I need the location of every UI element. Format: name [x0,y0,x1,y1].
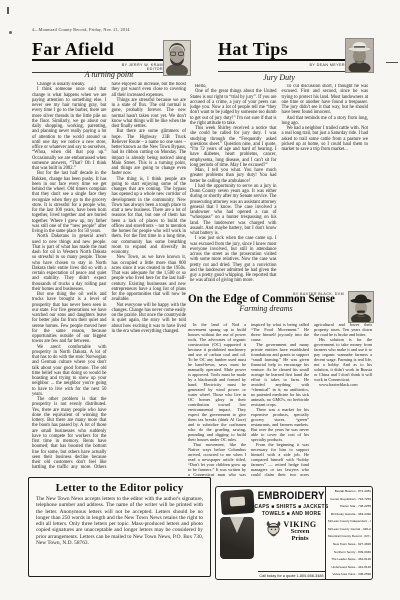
letter-policy-title: Letter to the Editor policy [36,482,203,494]
ad-brand-sub-2: Prints [283,536,316,543]
newspaper-listing: Mountrail County Record - 627-4871 [328,535,371,539]
hat-tips-title: Hat Tips [218,40,288,58]
newspaper-listing: McLean County Independent - 448-2253 [328,520,371,524]
newspaper-listing: Northern Sentry - 839-0946 [328,551,371,555]
paragraph: I think someone once said that change is… [32,87,107,171]
paragraph: North Dakotans in general aren't used to… [32,234,107,292]
hat-tips-byline-rule [218,71,345,72]
embroidery-ad: EMBROIDERY CAPS ■ SHIRTS ■ JACKETS TOWEL… [215,486,373,580]
common-sense-byline: BY BAXTER BLACK, DVM [293,292,344,296]
paragraph: There was a market for his expensive pro… [251,407,309,442]
paragraph: Not everyone will be happy with the chan… [112,303,187,335]
newspaper-listing: McLean County Journal - 448-2474 [328,528,371,532]
paragraph: We had a neighbor I trailed cattle with.… [282,126,369,152]
newspaper-listing: Beulah Beacon - 873-4381 [328,490,371,494]
paragraph: This week Shirley received a notice that… [190,126,277,168]
scan-mark [386,62,398,63]
ad-call-to-action: Call today for a quote 1-800-658-3485 [258,571,325,579]
paragraph: Things are stressful because we are in a… [112,98,187,130]
far-afield-columns: Change is usually sneaky.I think someone… [32,82,186,472]
far-afield-rule [32,59,163,61]
common-sense-columns: In the land of Nod a movement sprang up … [188,322,372,478]
letter-policy-body: The New Town News accepts letters to the… [36,496,203,546]
paragraph: The thing is, I think people are going t… [112,177,187,256]
ad-brand-text: VIKING Screen Prints [283,521,316,543]
paragraph: And that reminds me of a story from long… [282,116,369,127]
paragraph: To cut discussion short, I thought he wa… [282,84,369,116]
columnist-photo-baxter-black [348,291,374,323]
jacket-photo [220,517,254,559]
paragraph: One of the great things about the United… [190,89,277,126]
far-afield-title: Far Afield [32,40,114,58]
hat-tips-rule [218,59,345,61]
ad-heading: EMBROIDERY [258,490,325,502]
ad-brand-row: VIKING Screen Prints [266,520,316,543]
columnist-photo-dean-meyer [345,38,374,73]
paragraph: The government and many private entities… [251,342,309,407]
hat-tips-columns: Hello,One of the great things about the … [190,84,368,286]
ad-product-photos [216,487,258,579]
ad-text-area: EMBROIDERY CAPS ■ SHIRTS ■ JACKETS TOWEL… [258,487,325,579]
newspaper-listing: Center Republican - 794-7253 [328,498,371,502]
newspaper-listing: The Leader-News - 462-8126 [328,558,371,562]
paragraph: We aren't comfortable with prosperity in… [32,345,107,398]
paragraph: I had the opportunity to serve on a jury… [190,184,277,237]
ad-products-line-2: TOWELS ■ AND MORE [262,511,321,517]
letter-policy-box: Letter to the Editor policy The New Town… [28,477,211,577]
viking-mascot-icon [266,520,281,543]
newspaper-listing: New Town News - 627-4829 [328,543,371,547]
paragraph: But one thing the oil wells and trucks h… [32,292,107,345]
paragraph: In the land of Nod a movement sprang up … [188,322,246,442]
newspaper-listing: Hazen Star - 748-2255 [328,505,371,509]
paragraph: www.baxterblack.com [314,382,372,387]
ad-products-line-1: CAPS ■ SHIRTS ■ JACKETS [254,504,328,510]
newspaper-page: { "page": { "folio": "4—Mountrail County… [0,0,400,600]
paragraph: Man, I tell you what. You have much grea… [190,168,277,184]
newspaper-listing: Velva Area Voice - 338-2599 [328,573,371,577]
page-folio: 4—Mountrail County Record, Friday, Nov. … [32,27,130,32]
hat-tips-headline: Jury Duty [190,73,368,82]
common-sense-header: On the Edge of Common Sense BY BAXTER BL… [188,289,372,321]
cap-photo [220,489,255,515]
far-afield-headline: A turning point [32,70,186,79]
paragraph: New Town, as we have known it, has occup… [112,255,187,302]
hat-tips-byline: BY DEAN MEYER [240,63,345,68]
paragraph: I was just sick when the case came up. I… [190,236,277,283]
newspaper-listing: Underwood News - 442-8126 [328,566,371,570]
scan-mark [7,7,9,14]
paragraph: But there are some glimmers of hope. The… [112,129,187,176]
common-sense-headline: Farming dreams [188,304,344,313]
newspaper-listing: McClusky Gazette - 363-2492 [328,513,371,517]
scan-mark [9,31,12,34]
paragraph: His solution is for the government to ta… [314,337,372,382]
paragraph: But for the last half decade in the Bakk… [32,171,107,234]
ad-newspaper-list: Beulah Beacon - 873-4381Center Republica… [325,487,372,579]
